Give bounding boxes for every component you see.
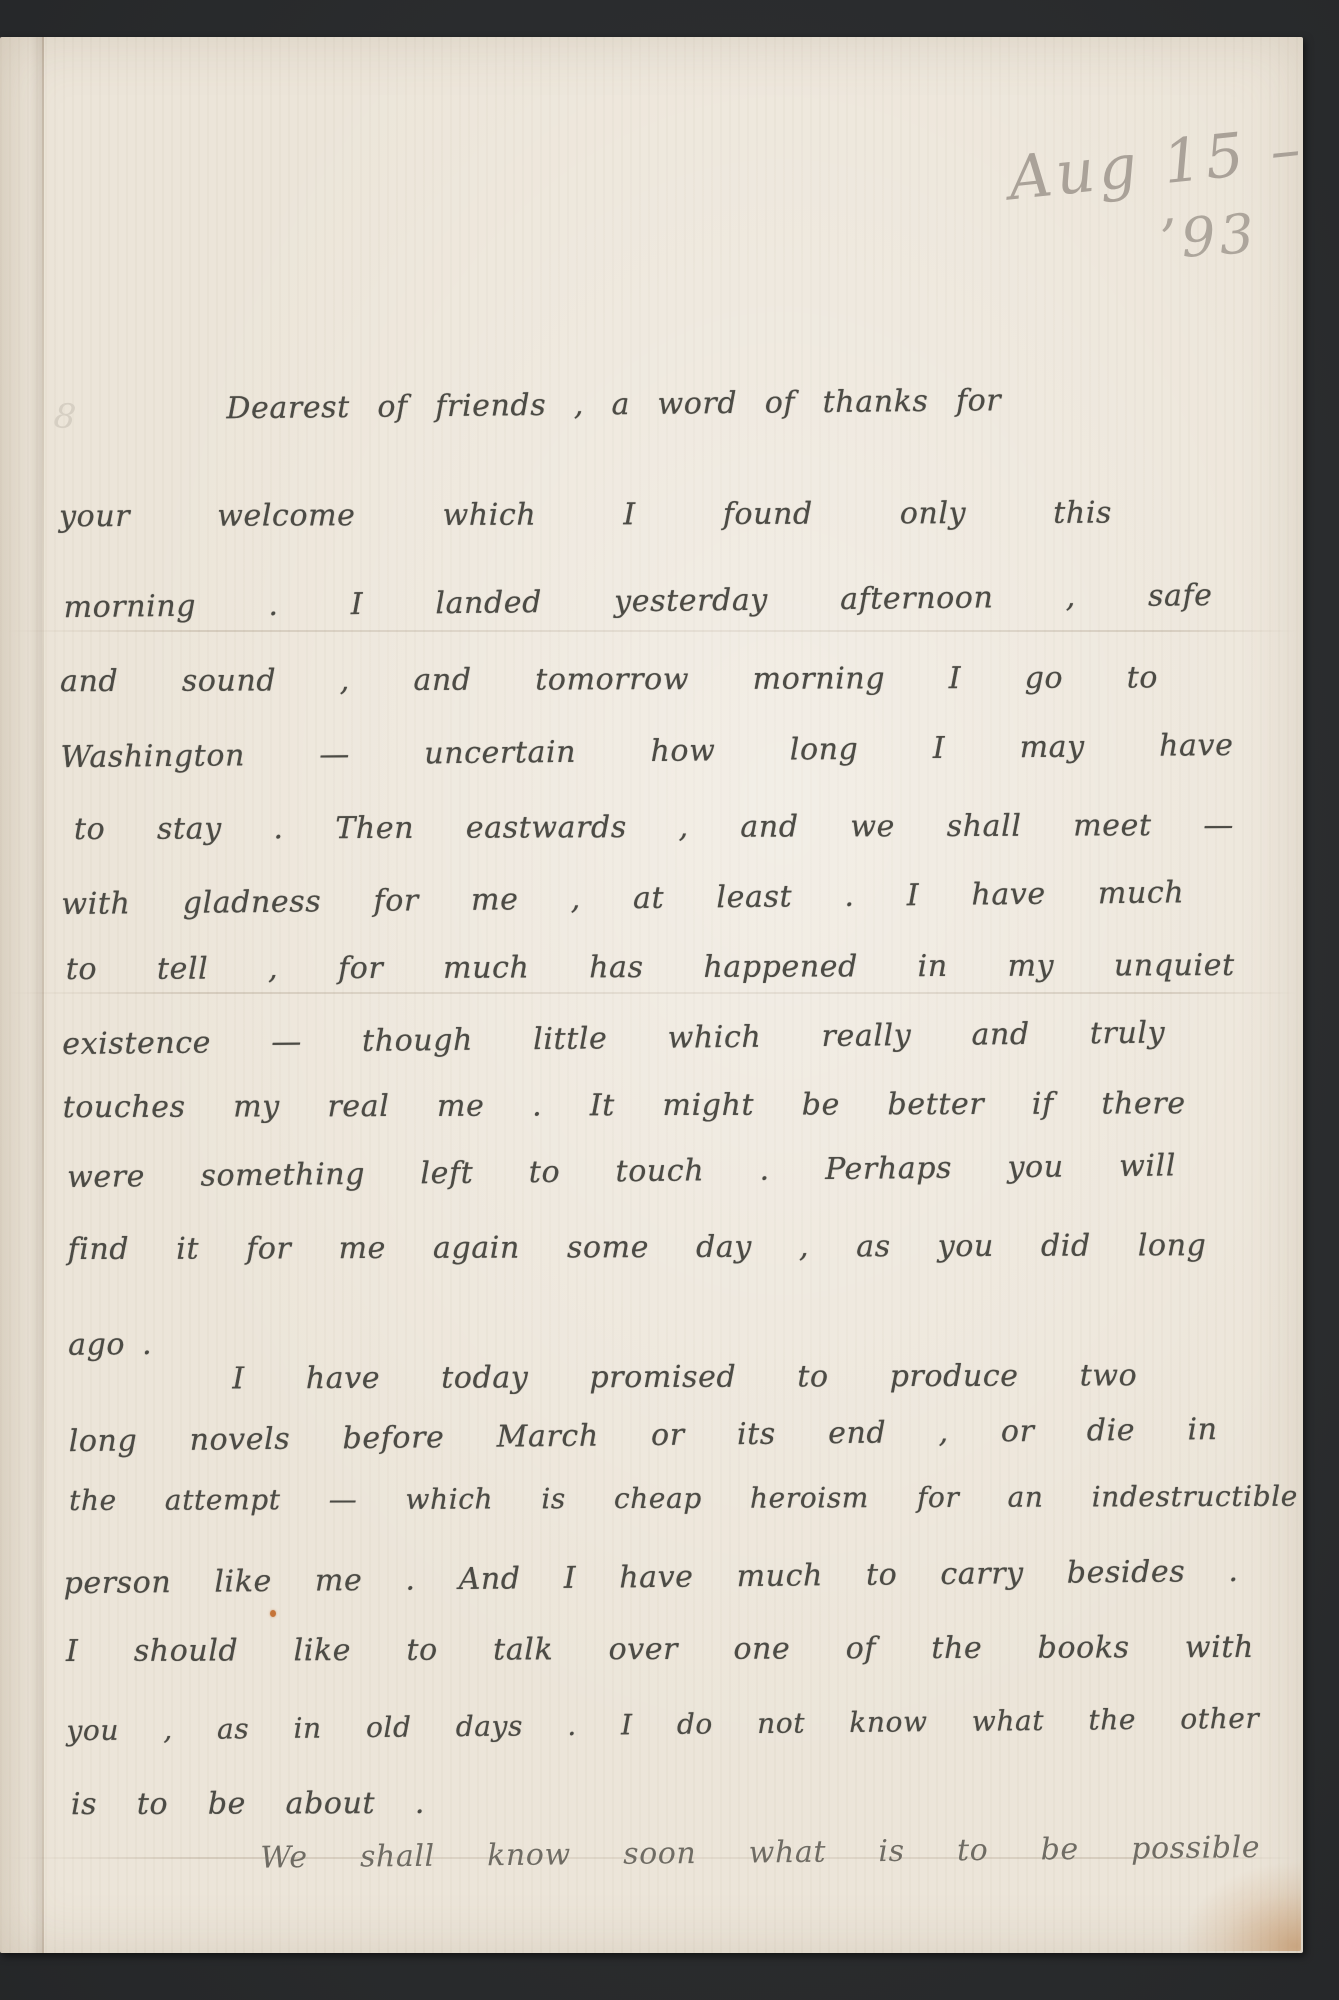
word: some: [567, 1226, 649, 1270]
word: end: [828, 1412, 887, 1457]
word: unquiet: [1114, 944, 1235, 988]
word: may: [1019, 725, 1085, 770]
word: it: [176, 1228, 199, 1272]
word: long: [68, 1419, 137, 1464]
word: .: [532, 1084, 542, 1128]
word: have: [971, 873, 1046, 918]
word: much: [736, 1554, 823, 1599]
word: to: [866, 1553, 898, 1597]
word: happened: [703, 945, 858, 990]
word: indestructible: [1092, 1475, 1298, 1520]
word: know: [849, 1700, 928, 1745]
word: not: [757, 1701, 805, 1745]
letter-body: Dearestoffriends,awordofthanksfor yourwe…: [0, 33, 1309, 1957]
word: my: [233, 1085, 280, 1129]
letter-line: weresomethinglefttotouch.Perhapsyouwill: [67, 1144, 1176, 1200]
word: to: [957, 1829, 989, 1873]
word: I: [232, 1357, 245, 1401]
word: for: [956, 379, 1002, 423]
word: you: [938, 1225, 994, 1269]
word: and: [413, 659, 471, 703]
word: me: [315, 1559, 363, 1603]
word: afternoon: [840, 576, 994, 622]
word: there: [1101, 1082, 1185, 1126]
letter-line: istobeabout.: [71, 1782, 425, 1827]
word: or: [1001, 1410, 1035, 1454]
word: has: [589, 946, 644, 990]
word: one: [733, 1628, 790, 1672]
word: at: [633, 877, 665, 921]
word: I: [350, 583, 363, 627]
word: in: [918, 945, 948, 989]
word: something: [200, 1153, 365, 1199]
word: its: [737, 1413, 776, 1457]
word: Perhaps: [825, 1147, 952, 1192]
word: will: [1119, 1144, 1176, 1189]
word: .: [567, 1704, 577, 1748]
word: .: [268, 584, 279, 628]
word: shall: [947, 805, 1022, 849]
word: .: [405, 1558, 416, 1602]
word: have: [306, 1357, 380, 1401]
word: cheap: [614, 1477, 702, 1521]
word: It: [590, 1084, 615, 1128]
word: books: [1038, 1626, 1130, 1670]
word: today: [441, 1356, 528, 1400]
word: .: [415, 1782, 425, 1826]
word: word: [657, 382, 737, 427]
word: about: [286, 1782, 376, 1826]
word: —: [319, 733, 350, 777]
word: to: [406, 1629, 437, 1673]
word: know: [487, 1833, 571, 1878]
word: Then: [335, 807, 414, 851]
word: really: [821, 1014, 911, 1059]
word: tomorrow: [535, 658, 689, 703]
word: ,: [938, 1411, 949, 1455]
word: .: [844, 875, 855, 919]
word: which: [667, 1016, 761, 1061]
word: person: [63, 1561, 171, 1606]
word: thanks: [822, 380, 928, 425]
letter-line: withgladnessforme,atleast.Ihavemuch: [61, 871, 1184, 927]
word: of: [765, 381, 796, 425]
word: besides: [1067, 1550, 1186, 1595]
letter-line: Weshallknowsoonwhatistobepossible: [260, 1826, 1260, 1880]
word: this: [1053, 492, 1112, 536]
letter-line: morning.Ilandedyesterdayafternoon,safe: [63, 574, 1212, 630]
word: be: [802, 1083, 840, 1127]
word: is: [541, 1477, 566, 1521]
word: with: [61, 882, 131, 927]
word: of: [846, 1627, 877, 1671]
word: which: [442, 494, 536, 538]
letter-line: Dearestoffriends,awordofthanksfor: [226, 379, 1001, 431]
word: the: [931, 1627, 982, 1671]
word: to: [66, 948, 97, 992]
word: might: [662, 1084, 754, 1128]
letter-line: Ishouldliketotalkoveroneofthebookswith: [66, 1626, 1254, 1674]
word: how: [650, 729, 715, 774]
word: to: [74, 808, 105, 852]
letter-line: finditformeagainsomeday,asyoudidlong: [67, 1224, 1206, 1272]
word: day: [696, 1226, 752, 1270]
word: sound: [182, 659, 276, 703]
letter-line: yourwelcomewhichIfoundonlythis: [59, 492, 1112, 540]
word: possible: [1131, 1826, 1260, 1871]
word: real: [327, 1085, 389, 1129]
word: only: [900, 492, 966, 536]
letter-line: personlikeme.AndIhavemuchtocarrybesides.: [63, 1550, 1238, 1606]
word: tell: [157, 948, 209, 992]
word: .: [759, 1149, 770, 1193]
word: attempt: [165, 1478, 281, 1522]
letter-line: Washington—uncertainhowlongImayhave: [60, 724, 1233, 780]
word: for: [246, 1227, 291, 1271]
word: have: [1159, 724, 1234, 769]
word: as: [217, 1707, 250, 1751]
word: .: [273, 807, 283, 851]
word: in: [1187, 1408, 1218, 1452]
word: morning: [753, 657, 886, 701]
word: in: [293, 1707, 322, 1751]
word: ,: [163, 1708, 173, 1752]
word: my: [1007, 945, 1054, 989]
word: were: [67, 1155, 145, 1200]
word: find: [67, 1228, 129, 1272]
word: die: [1087, 1409, 1136, 1454]
word: of: [377, 385, 408, 429]
word: touches: [63, 1086, 186, 1130]
word: produce: [890, 1355, 1019, 1399]
word: an: [1008, 1476, 1044, 1520]
word: I: [933, 727, 946, 771]
word: better: [887, 1083, 984, 1127]
word: again: [433, 1227, 520, 1271]
word: me: [338, 1227, 386, 1271]
word: we: [850, 805, 895, 849]
word: to: [1127, 656, 1158, 700]
word: like: [214, 1560, 272, 1605]
word: promised: [589, 1356, 736, 1401]
word: old: [366, 1706, 412, 1750]
word: ,: [574, 384, 585, 428]
word: ,: [340, 659, 350, 703]
word: And: [458, 1557, 520, 1602]
word: or: [651, 1414, 685, 1458]
word: shall: [360, 1835, 435, 1880]
word: carry: [940, 1552, 1024, 1597]
word: welcome: [217, 494, 355, 538]
word: talk: [493, 1628, 553, 1672]
word: yesterday: [614, 579, 768, 625]
word: have: [619, 1556, 694, 1601]
word: a: [611, 383, 630, 427]
letter-line: existence—thoughlittlewhichreallyandtrul…: [62, 1011, 1165, 1067]
word: if: [1032, 1083, 1054, 1127]
word: your: [59, 495, 130, 539]
word: over: [609, 1628, 679, 1672]
word: the: [1088, 1698, 1136, 1742]
word: landed: [435, 581, 542, 626]
letter-line: longnovelsbeforeMarchoritsend,ordiein: [68, 1408, 1217, 1464]
word: much: [443, 946, 529, 990]
word: be: [1040, 1828, 1079, 1872]
letter-line: theattempt—whichischeapheroismforanindes…: [69, 1475, 1298, 1523]
word: morning: [63, 585, 196, 630]
word: me: [437, 1085, 485, 1129]
word: and: [740, 805, 798, 849]
word: .: [142, 1323, 153, 1367]
word: novels: [189, 1418, 290, 1463]
word: little: [533, 1017, 608, 1062]
word: truly: [1090, 1011, 1166, 1056]
word: safe: [1148, 574, 1213, 619]
word: long: [1138, 1224, 1207, 1268]
word: —: [1203, 804, 1234, 848]
word: least: [716, 875, 792, 920]
word: friends: [435, 384, 546, 429]
letter-page: Aug 15 – ’93 8 Dearestoffriends,awordoft…: [0, 37, 1303, 1953]
word: go: [1025, 657, 1064, 701]
word: is: [878, 1830, 905, 1874]
word: ,: [268, 947, 278, 991]
letter-line: touchesmyrealme.Itmightbebetterifthere: [63, 1082, 1186, 1130]
word: before: [342, 1416, 444, 1461]
word: I: [907, 874, 920, 918]
word: touch: [615, 1149, 704, 1194]
word: did: [1041, 1225, 1091, 1269]
word: ,: [1065, 575, 1076, 619]
word: .: [1228, 1550, 1239, 1594]
letter-line: totell,formuchhashappenedinmyunquiet: [66, 944, 1235, 992]
word: to: [137, 1783, 168, 1827]
word: do: [677, 1702, 713, 1746]
letter-line: you,asinolddays.Idonotknowwhattheother: [66, 1697, 1259, 1753]
word: is: [71, 1783, 97, 1827]
word: and: [60, 660, 118, 704]
word: for: [338, 947, 383, 991]
word: I: [623, 493, 636, 537]
word: stay: [157, 807, 222, 851]
word: with: [1185, 1626, 1254, 1670]
word: —: [329, 1478, 358, 1522]
word: uncertain: [424, 731, 576, 777]
word: Washington: [60, 734, 245, 780]
word: days: [456, 1704, 524, 1749]
word: the: [69, 1479, 117, 1523]
letter-line: ago.: [68, 1323, 152, 1368]
word: existence: [62, 1021, 211, 1067]
word: soon: [623, 1832, 697, 1877]
word: you: [1007, 1146, 1064, 1191]
word: should: [134, 1629, 239, 1673]
word: other: [1180, 1697, 1260, 1742]
word: ,: [570, 878, 581, 922]
word: and: [971, 1013, 1030, 1058]
word: though: [362, 1019, 473, 1064]
word: like: [294, 1629, 352, 1673]
word: ,: [799, 1225, 809, 1269]
word: be: [208, 1782, 246, 1826]
word: to: [797, 1355, 828, 1399]
word: long: [790, 728, 859, 773]
word: We: [260, 1836, 308, 1880]
word: as: [856, 1225, 891, 1269]
word: eastwards: [466, 806, 627, 851]
word: you: [66, 1709, 119, 1754]
word: —: [271, 1020, 302, 1064]
word: gladness: [183, 880, 322, 925]
word: I: [66, 1630, 79, 1674]
word: ,: [678, 806, 688, 850]
word: for: [917, 1476, 960, 1520]
word: found: [723, 493, 813, 537]
word: left: [420, 1152, 473, 1197]
word: I: [949, 657, 962, 701]
letter-line: Ihavetodaypromisedtoproducetwo: [232, 1354, 1137, 1401]
letter-line: andsound,andtomorrowmorningIgoto: [60, 656, 1158, 704]
word: ago: [68, 1323, 125, 1368]
word: which: [405, 1477, 493, 1521]
word: much: [1098, 871, 1185, 916]
word: heroism: [750, 1476, 869, 1520]
word: meet: [1073, 804, 1152, 848]
word: March: [496, 1415, 599, 1460]
word: I: [563, 1557, 576, 1601]
word: for: [373, 879, 419, 923]
word: to: [529, 1151, 561, 1195]
word: I: [621, 1703, 633, 1747]
word: what: [972, 1699, 1045, 1744]
word: two: [1080, 1354, 1138, 1398]
word: what: [748, 1831, 826, 1876]
letter-line: tostay.Theneastwards,andweshallmeet—: [74, 804, 1234, 852]
word: Dearest: [226, 386, 350, 431]
photo-backdrop: Aug 15 – ’93 8 Dearestoffriends,awordoft…: [0, 0, 1339, 2000]
word: me: [471, 878, 519, 922]
